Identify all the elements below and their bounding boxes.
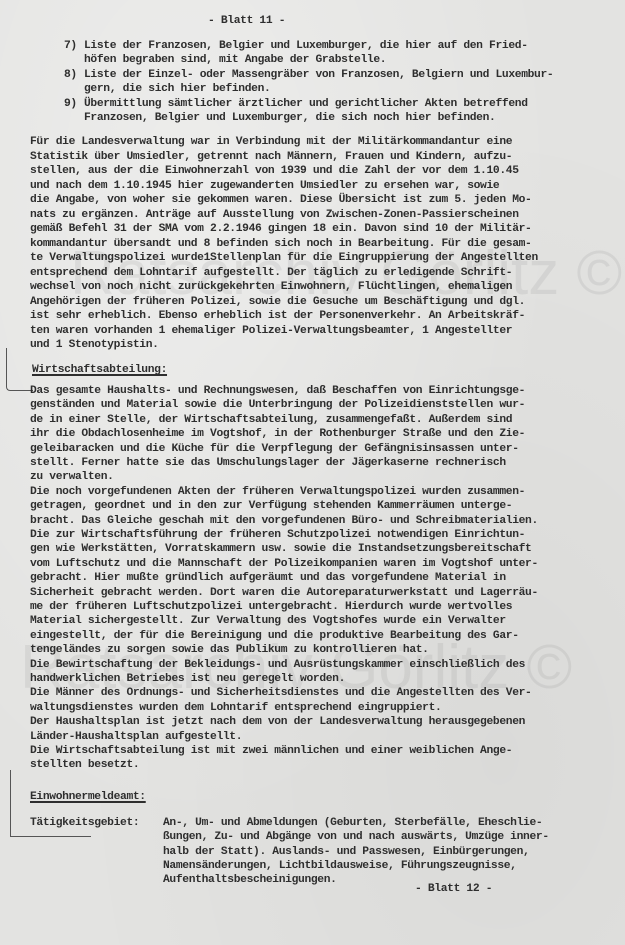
text-line: genständen und Material sowie die Unterb… <box>30 398 525 412</box>
text-line: tengeländes zu sorgen sowie das Publikum… <box>30 643 429 657</box>
text-line: zu verwalten. <box>30 470 114 484</box>
section-heading-wirtschaft: Wirtschaftsabteilung: <box>32 363 167 377</box>
text-line: wechsel von noch nicht zurückgekehrten E… <box>30 280 512 294</box>
text-line: ten waren vorhanden 1 ehemaliger Polizei… <box>30 324 512 338</box>
text-line: und 1 Stenotypistin. <box>30 338 159 352</box>
text-line: Die noch vorgefundenen Akten der frühere… <box>30 485 525 499</box>
text-line: Sicherheit gebracht werden. Dort waren d… <box>30 586 538 600</box>
text-line: An-, Um- und Abmeldungen (Geburten, Ster… <box>163 816 542 830</box>
text-line: bracht. Das Gleiche geschah mit den vorg… <box>30 514 538 528</box>
text-line: de in einer Stelle, der Wirtschaftsabtei… <box>30 413 512 427</box>
list-item-text: Übermittlung sämtlicher ärztlicher und g… <box>84 97 528 111</box>
margin-bracket <box>6 348 33 391</box>
text-line: Angehörigen der früheren Polizei, sowie … <box>30 295 525 309</box>
text-line: handwerklichen Betriebes ist neu geregel… <box>30 672 345 686</box>
text-line: Das gesamte Haushalts- und Rechnungswese… <box>30 384 525 398</box>
text-line: nats zu ergänzen. Anträge auf Ausstellun… <box>30 208 519 222</box>
text-line: ihr die Obdachlosenheime im Vogtshof, in… <box>30 427 525 441</box>
text-line: Die Bewirtschaftung der Bekleidungs- und… <box>30 658 525 672</box>
text-line: gemäß Befehl 31 der SMA vom 2.2.1946 gin… <box>30 222 531 236</box>
list-item-text: höfen begraben sind, mit Angabe der Grab… <box>84 53 386 67</box>
field-label-taetigkeitsgebiet: Tätigkeitsgebiet: <box>30 816 139 830</box>
list-item-text: gern, die sich hier befinden. <box>84 82 270 96</box>
list-item-text: Liste der Einzel- oder Massengräber von … <box>84 68 553 82</box>
text-line: Der Haushaltsplan ist jetzt nach dem von… <box>30 715 525 729</box>
text-line: ist sehr erheblich. Ebenso erheblich ist… <box>30 309 525 323</box>
text-line: stellt. Ferner hatte sie das Umschulungs… <box>30 456 506 470</box>
text-line: gebracht. Hier mußte gründlich aufgeräum… <box>30 571 506 585</box>
text-line: me der früheren Luftschutzpolizei unterg… <box>30 600 512 614</box>
section-heading-einwohner: Einwohnermeldeamt: <box>30 790 146 804</box>
text-line: vom Luftschutz und die Mannschaft der Po… <box>30 557 538 571</box>
text-line: Die Wirtschaftsabteilung ist mit zwei mä… <box>30 744 512 758</box>
text-line: und nach dem 1.10.1945 hier zugewanderte… <box>30 179 499 193</box>
text-line: stellen, aus der die Einwohnerzahl von 1… <box>30 164 519 178</box>
text-line: getragen, geordnet und in den zur Verfüg… <box>30 499 512 513</box>
text-line: Statistik über Umsiedler, getrennt nach … <box>30 150 512 164</box>
text-line: Aufenthaltsbescheinigungen. <box>163 873 337 887</box>
text-line: gen wie Werkstätten, Vorratskammern usw.… <box>30 542 531 556</box>
text-line: Für die Landesverwaltung war in Verbindu… <box>30 135 512 149</box>
text-line: Die zur Wirtschaftsführung der früheren … <box>30 528 525 542</box>
text-line: geleibaracken und die Küche für die Verp… <box>30 442 519 456</box>
list-item-number: 7) <box>64 39 77 53</box>
document-page: Ratsarchiv Görlitz © Ratsarchiv Görlitz … <box>0 0 625 945</box>
text-line: te Verwaltungspolizei wurde1Stellenplan … <box>30 251 538 265</box>
text-line: ßungen, Zu- und Abgänge von und nach aus… <box>163 830 549 844</box>
text-line: Länder-Haushaltsplan aufgestellt. <box>30 730 242 744</box>
page-footer: - Blatt 12 - <box>415 882 492 896</box>
text-line: Namensänderungen, Lichtbildausweise, Füh… <box>163 859 517 873</box>
text-line: die Angabe, von woher sie gekommen waren… <box>30 193 531 207</box>
text-line: eingestellt, der für die Bereinigung und… <box>30 629 519 643</box>
list-item-number: 9) <box>64 97 77 111</box>
text-line: entsprechend dem Lohntarif aufgestellt. … <box>30 266 512 280</box>
list-item-number: 8) <box>64 68 77 82</box>
list-item-text: Liste der Franzosen, Belgier und Luxembu… <box>84 39 528 53</box>
page-header: - Blatt 11 - <box>208 14 285 28</box>
text-line: waltungsdienstes wurden dem Lohntarif en… <box>30 701 441 715</box>
text-line: Die Männer des Ordnungs- und Sicherheits… <box>30 686 531 700</box>
list-item-text: Franzosen, Belgier und Luxemburger, die … <box>84 111 495 125</box>
text-line: halb der Statt). Auslands- und Passwesen… <box>163 845 529 859</box>
text-line: Material sichergestellt. Zur Verwaltung … <box>30 614 506 628</box>
text-line: kommandantur übersandt und 8 befinden si… <box>30 237 531 251</box>
